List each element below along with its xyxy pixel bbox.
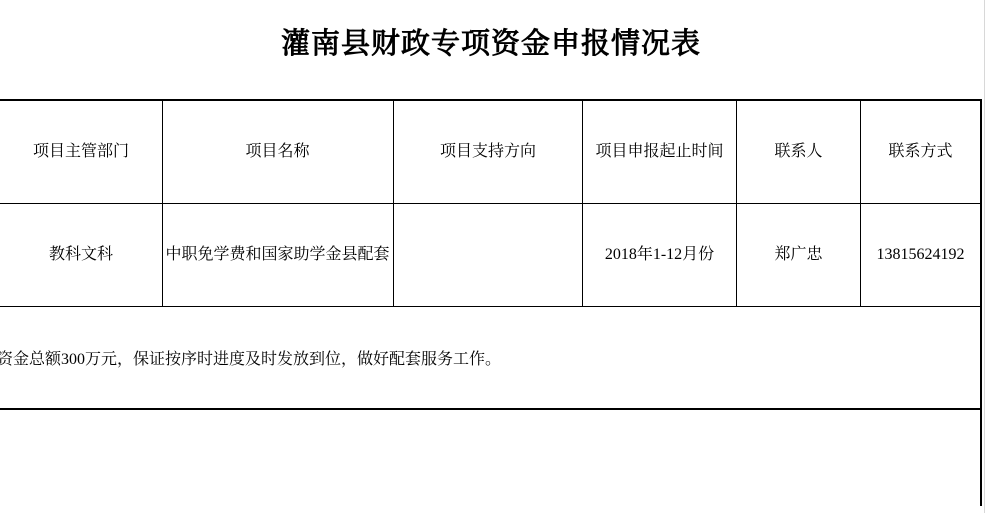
header-cell-project-name: 项目名称 bbox=[163, 101, 392, 203]
data-cell-project-name: 中职免学费和国家助学金县配套 bbox=[163, 204, 392, 306]
data-cell-department: 教科文科 bbox=[0, 204, 162, 306]
header-cell-contact-person: 联系人 bbox=[737, 101, 860, 203]
table-border-right bbox=[980, 99, 982, 506]
header-cell-department: 项目主管部门 bbox=[0, 101, 162, 203]
header-cell-support-direction: 项目支持方向 bbox=[394, 101, 582, 203]
table-row-divider-3 bbox=[0, 408, 982, 410]
data-cell-contact-person: 郑广忠 bbox=[737, 204, 860, 306]
document-page: 灌南县财政专项资金申报情况表 项目主管部门 项目名称 项目支持方向 项目申报起止… bbox=[0, 0, 985, 513]
data-cell-support-direction bbox=[394, 204, 582, 306]
page-title: 灌南县财政专项资金申报情况表 bbox=[0, 27, 982, 61]
header-cell-application-period: 项目申报起止时间 bbox=[583, 101, 736, 203]
note-row-text: 资金总额300万元，保证按序时进度及时发放到位，做好配套服务工作。 bbox=[0, 307, 985, 408]
data-cell-contact-phone: 13815624192 bbox=[861, 204, 980, 306]
header-cell-contact-method: 联系方式 bbox=[861, 101, 980, 203]
data-cell-application-period: 2018年1-12月份 bbox=[583, 204, 736, 306]
